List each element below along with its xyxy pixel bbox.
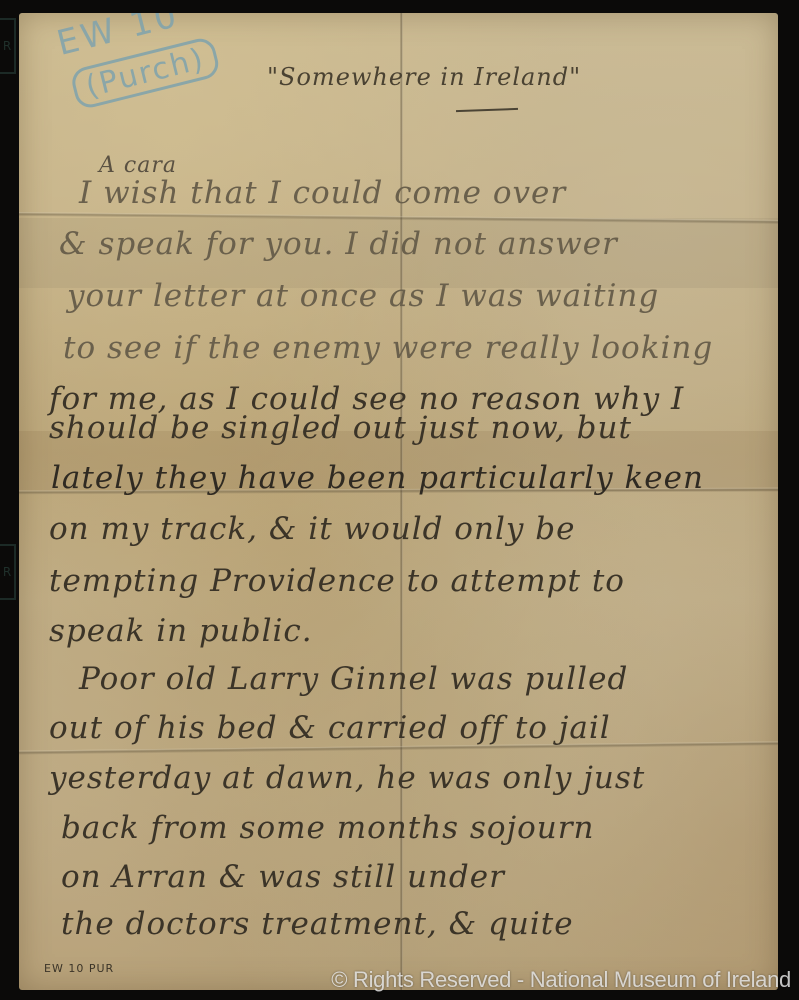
letter-line: speak in public. — [49, 613, 313, 649]
scan-viewer: R R EW 10 (Purch) "Somewhere in Ireland"… — [0, 0, 799, 1000]
letter-line: Poor old Larry Ginnel was pulled — [79, 661, 628, 697]
letter-line: lately they have been particularly keen — [51, 460, 704, 496]
letter-line: should be singled out just now, but — [49, 410, 632, 446]
letter-line: tempting Providence to attempt to — [49, 563, 625, 599]
letter-line: on my track, & it would only be — [49, 511, 575, 547]
letter-line: out of his bed & carried off to jail — [49, 710, 611, 746]
copyright-watermark: © Rights Reserved - National Museum of I… — [331, 967, 791, 993]
letter-line: your letter at once as I was waiting — [67, 278, 659, 314]
letter-line: yesterday at dawn, he was only just — [49, 760, 645, 796]
letter-line: & speak for you. I did not answer — [59, 226, 618, 262]
letter-line: to see if the enemy were really looking — [63, 330, 713, 366]
edge-marker-top: R — [0, 18, 16, 74]
edge-marker-middle: R — [0, 544, 16, 600]
heading-underline — [456, 108, 518, 112]
letter-line: I wish that I could come over — [79, 175, 566, 211]
letter-page: EW 10 (Purch) "Somewhere in Ireland" A c… — [19, 13, 778, 990]
letter-line: back from some months sojourn — [61, 810, 595, 846]
letter-heading: "Somewhere in Ireland" — [267, 63, 581, 91]
catalogue-reference: EW 10 PUR — [44, 962, 114, 975]
letter-line: the doctors treatment, & quite — [61, 906, 574, 942]
letter-line: on Arran & was still under — [61, 859, 505, 895]
